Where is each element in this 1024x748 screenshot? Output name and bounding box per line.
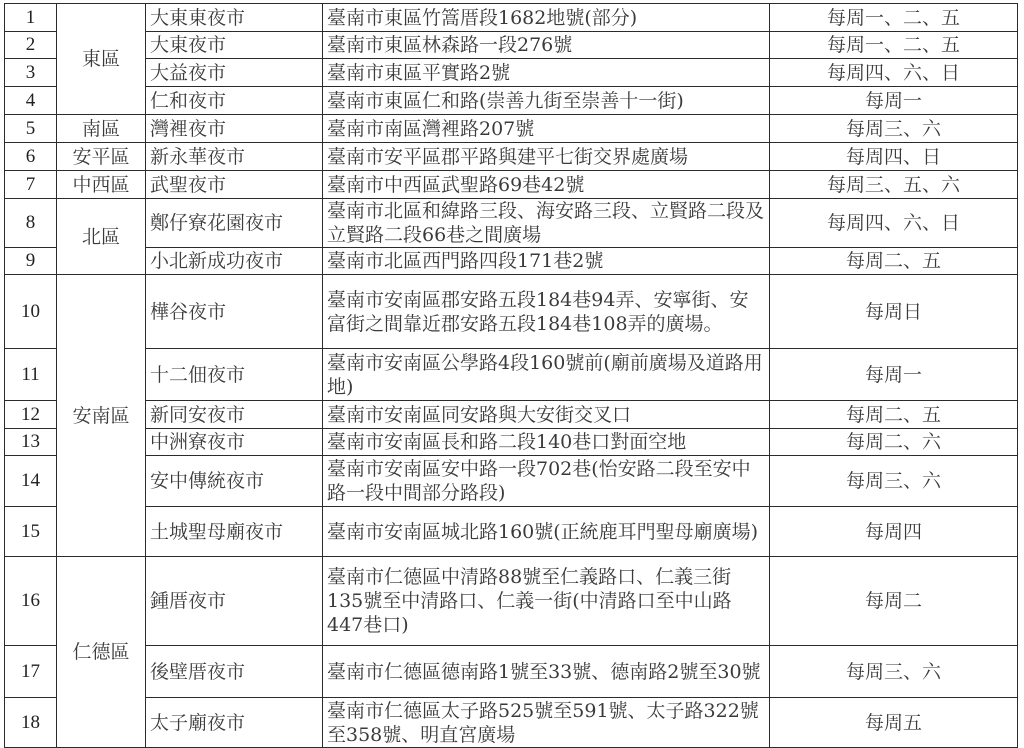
open-days-cell: 每周三、五、六 (770, 171, 1018, 199)
table-row: 2大東夜市臺南市東區林森路一段276號每周一、二、五 (5, 32, 1018, 59)
market-name-cell: 大東東夜市 (146, 4, 323, 32)
table-row: 8北區鄭仔寮花園夜市臺南市北區和緯路三段、海安路三段、立賢路二段及立賢路二段66… (5, 199, 1018, 248)
open-days-cell: 每周一 (770, 87, 1018, 115)
market-name-cell: 樺谷夜市 (146, 275, 323, 349)
row-number-cell: 5 (5, 115, 57, 143)
market-name-cell: 安中傳統夜市 (146, 456, 323, 507)
address-cell: 臺南市東區竹篙厝段1682地號(部分) (323, 4, 770, 32)
market-name-cell: 鍾厝夜市 (146, 557, 323, 646)
district-cell: 北區 (57, 199, 146, 275)
open-days-cell: 每周四、日 (770, 143, 1018, 171)
address-cell: 臺南市仁德區中清路88號至仁義路口、仁義三街135號至中清路口、仁義一街(中清路… (323, 557, 770, 646)
table-row: 15土城聖母廟夜市臺南市安南區城北路160號(正統鹿耳門聖母廟廣場)每周四 (5, 507, 1018, 557)
row-number-cell: 8 (5, 199, 57, 248)
table-row: 9小北新成功夜市臺南市北區西門路四段171巷2號每周二、五 (5, 248, 1018, 275)
open-days-cell: 每周一、二、五 (770, 4, 1018, 32)
market-name-cell: 新永華夜市 (146, 143, 323, 171)
row-number-cell: 2 (5, 32, 57, 59)
market-name-cell: 灣裡夜市 (146, 115, 323, 143)
market-name-cell: 新同安夜市 (146, 401, 323, 429)
open-days-cell: 每周三、六 (770, 456, 1018, 507)
open-days-cell: 每周日 (770, 275, 1018, 349)
address-cell: 臺南市東區林森路一段276號 (323, 32, 770, 59)
row-number-cell: 3 (5, 59, 57, 87)
row-number-cell: 14 (5, 456, 57, 507)
address-cell: 臺南市安南區安中路一段702巷(怡安路二段至安中路一段中間部分路段) (323, 456, 770, 507)
row-number-cell: 11 (5, 349, 57, 401)
open-days-cell: 每周二 (770, 557, 1018, 646)
row-number-cell: 13 (5, 429, 57, 456)
address-cell: 臺南市安南區同安路與大安街交叉口 (323, 401, 770, 429)
table-row: 17後壁厝夜市臺南市仁德區德南路1號至33號、德南路2號至30號每周三、六 (5, 646, 1018, 698)
row-number-cell: 10 (5, 275, 57, 349)
night-market-table: 1東區大東東夜市臺南市東區竹篙厝段1682地號(部分)每周一、二、五2大東夜市臺… (4, 3, 1018, 748)
open-days-cell: 每周二、五 (770, 401, 1018, 429)
open-days-cell: 每周四、六、日 (770, 199, 1018, 248)
address-cell: 臺南市東區平實路2號 (323, 59, 770, 87)
row-number-cell: 7 (5, 171, 57, 199)
row-number-cell: 6 (5, 143, 57, 171)
table-row: 16仁德區鍾厝夜市臺南市仁德區中清路88號至仁義路口、仁義三街135號至中清路口… (5, 557, 1018, 646)
table-row: 12新同安夜市臺南市安南區同安路與大安街交叉口每周二、五 (5, 401, 1018, 429)
address-cell: 臺南市中西區武聖路69巷42號 (323, 171, 770, 199)
open-days-cell: 每周四、六、日 (770, 59, 1018, 87)
open-days-cell: 每周一、二、五 (770, 32, 1018, 59)
address-cell: 臺南市安南區公學路4段160號前(廟前廣場及道路用地) (323, 349, 770, 401)
table-row: 18太子廟夜市臺南市仁德區太子路525號至591號、太子路322號至358號、明… (5, 698, 1018, 748)
district-cell: 東區 (57, 4, 146, 115)
district-cell: 安南區 (57, 275, 146, 557)
open-days-cell: 每周二、六 (770, 429, 1018, 456)
row-number-cell: 12 (5, 401, 57, 429)
address-cell: 臺南市安南區城北路160號(正統鹿耳門聖母廟廣場) (323, 507, 770, 557)
address-cell: 臺南市北區和緯路三段、海安路三段、立賢路二段及立賢路二段66巷之間廣場 (323, 199, 770, 248)
address-cell: 臺南市仁德區德南路1號至33號、德南路2號至30號 (323, 646, 770, 698)
table-row: 11十二佃夜市臺南市安南區公學路4段160號前(廟前廣場及道路用地)每周一 (5, 349, 1018, 401)
open-days-cell: 每周一 (770, 349, 1018, 401)
district-cell: 中西區 (57, 171, 146, 199)
market-name-cell: 鄭仔寮花園夜市 (146, 199, 323, 248)
district-cell: 仁德區 (57, 557, 146, 748)
table-row: 14安中傳統夜市臺南市安南區安中路一段702巷(怡安路二段至安中路一段中間部分路… (5, 456, 1018, 507)
market-name-cell: 太子廟夜市 (146, 698, 323, 748)
address-cell: 臺南市仁德區太子路525號至591號、太子路322號至358號、明直宮廣場 (323, 698, 770, 748)
market-name-cell: 小北新成功夜市 (146, 248, 323, 275)
row-number-cell: 18 (5, 698, 57, 748)
table-row: 1東區大東東夜市臺南市東區竹篙厝段1682地號(部分)每周一、二、五 (5, 4, 1018, 32)
address-cell: 臺南市安南區郡安路五段184巷94弄、安寧街、安富街之間靠近郡安路五段184巷1… (323, 275, 770, 349)
address-cell: 臺南市東區仁和路(崇善九街至崇善十一街) (323, 87, 770, 115)
table-row: 13中洲寮夜市臺南市安南區長和路二段140巷口對面空地每周二、六 (5, 429, 1018, 456)
row-number-cell: 15 (5, 507, 57, 557)
market-name-cell: 中洲寮夜市 (146, 429, 323, 456)
table-row: 5南區灣裡夜市臺南市南區灣裡路207號每周三、六 (5, 115, 1018, 143)
address-cell: 臺南市南區灣裡路207號 (323, 115, 770, 143)
open-days-cell: 每周四 (770, 507, 1018, 557)
market-name-cell: 土城聖母廟夜市 (146, 507, 323, 557)
market-name-cell: 後壁厝夜市 (146, 646, 323, 698)
district-cell: 安平區 (57, 143, 146, 171)
table-row: 3大益夜市臺南市東區平實路2號每周四、六、日 (5, 59, 1018, 87)
table-body: 1東區大東東夜市臺南市東區竹篙厝段1682地號(部分)每周一、二、五2大東夜市臺… (5, 4, 1018, 748)
row-number-cell: 16 (5, 557, 57, 646)
open-days-cell: 每周三、六 (770, 115, 1018, 143)
address-cell: 臺南市北區西門路四段171巷2號 (323, 248, 770, 275)
row-number-cell: 4 (5, 87, 57, 115)
district-cell: 南區 (57, 115, 146, 143)
open-days-cell: 每周三、六 (770, 646, 1018, 698)
row-number-cell: 1 (5, 4, 57, 32)
open-days-cell: 每周五 (770, 698, 1018, 748)
table-row: 7中西區武聖夜市臺南市中西區武聖路69巷42號每周三、五、六 (5, 171, 1018, 199)
table-row: 10安南區樺谷夜市臺南市安南區郡安路五段184巷94弄、安寧街、安富街之間靠近郡… (5, 275, 1018, 349)
open-days-cell: 每周二、五 (770, 248, 1018, 275)
market-name-cell: 大東夜市 (146, 32, 323, 59)
table-row: 4仁和夜市臺南市東區仁和路(崇善九街至崇善十一街)每周一 (5, 87, 1018, 115)
row-number-cell: 17 (5, 646, 57, 698)
address-cell: 臺南市安平區郡平路與建平七街交界處廣場 (323, 143, 770, 171)
market-name-cell: 武聖夜市 (146, 171, 323, 199)
market-name-cell: 仁和夜市 (146, 87, 323, 115)
table-row: 6安平區新永華夜市臺南市安平區郡平路與建平七街交界處廣場每周四、日 (5, 143, 1018, 171)
address-cell: 臺南市安南區長和路二段140巷口對面空地 (323, 429, 770, 456)
row-number-cell: 9 (5, 248, 57, 275)
market-name-cell: 大益夜市 (146, 59, 323, 87)
market-name-cell: 十二佃夜市 (146, 349, 323, 401)
